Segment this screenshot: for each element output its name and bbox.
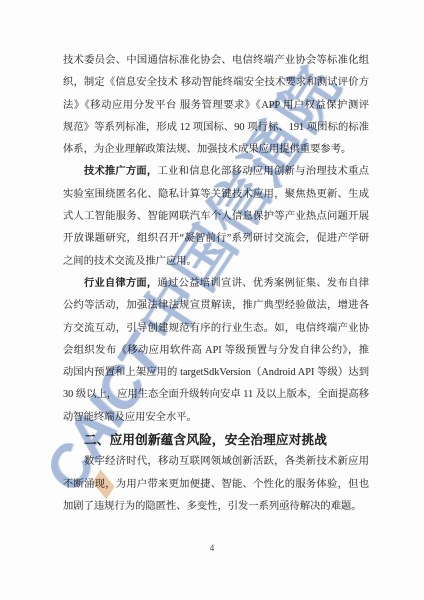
text-line: 公约等活动，加强法律法规宣贯解读，推广典型经验做法，增进各: [63, 295, 369, 317]
paragraph-lead-bold: 行业自律方面，: [84, 278, 157, 289]
text-line: 动智能终端及应用安全水平。: [63, 407, 369, 429]
paragraph-lead-bold: 技术推广方面，: [84, 166, 157, 177]
text-line: 会组织发布《移动应用软件高 API 等级预置与分发自律公约》，推: [63, 340, 369, 362]
text-line: 织，制定《信息安全技术 移动智能终端安全技术要求和测试评价方: [63, 72, 369, 94]
text-line: 数字经济时代，移动互联网领域创新活跃，各类新技术新应用: [63, 451, 369, 473]
text-line: 体系，为企业理解政策法规、加强技术成果应用提供重要参考。: [63, 139, 369, 161]
text-line: 开放课题研究，组织召开“凝智前行”系列研讨交流会，促进产学研: [63, 228, 369, 250]
text-line: 法》《移动应用分发平台 服务管理要求》《APP 用户权益保护测评: [63, 95, 369, 117]
text-line: 规范》等系列标准，形成 12 项国标、90 项行标、191 项团标的标准: [63, 117, 369, 139]
text-line: 30 级以上，应用生态全面升级转向安卓 11 及以上版本，全面提高移: [63, 384, 369, 406]
text-line: 行业自律方面，通过公益培训宣讲、优秀案例征集、发布自律: [63, 273, 369, 295]
text-line: 技术委员会、中国通信标准化协会、电信终端产业协会等标准化组: [63, 50, 369, 72]
text-line: 式人工智能服务、智能网联汽车个人信息保护等产业热点问题开展: [63, 206, 369, 228]
page-number: 4: [0, 543, 424, 553]
section-heading: 二、应用创新蕴含风险，安全治理应对挑战: [63, 429, 369, 451]
text-line: 方交流互动，引导创建规范有序的行业生态。如，电信终端产业协: [63, 318, 369, 340]
text-lines: 技术委员会、中国通信标准化协会、电信终端产业协会等标准化组织，制定《信息安全技术…: [63, 50, 369, 518]
text-line: 技术推广方面，工业和信息化部移动应用创新与治理技术重点: [63, 161, 369, 183]
text-line: 实验室围绕匿名化、隐私计算等关键技术应用，聚焦热更新、生成: [63, 184, 369, 206]
text-line: 不断涌现，为用户带来更加便捷、智能、个性化的服务体验，但也: [63, 474, 369, 496]
text-line: 之间的技术交流及推广应用。: [63, 251, 369, 273]
text-line: 加剧了违规行为的隐匿性、多变性，引发一系列亟待解决的难题。: [63, 496, 369, 518]
text-line: 动国内预置和上架应用的 targetSdkVersion（Android API…: [63, 362, 369, 384]
document-page: CAICT中国信通院 技术委员会、中国通信标准化协会、电信终端产业协会等标准化组…: [0, 0, 424, 600]
